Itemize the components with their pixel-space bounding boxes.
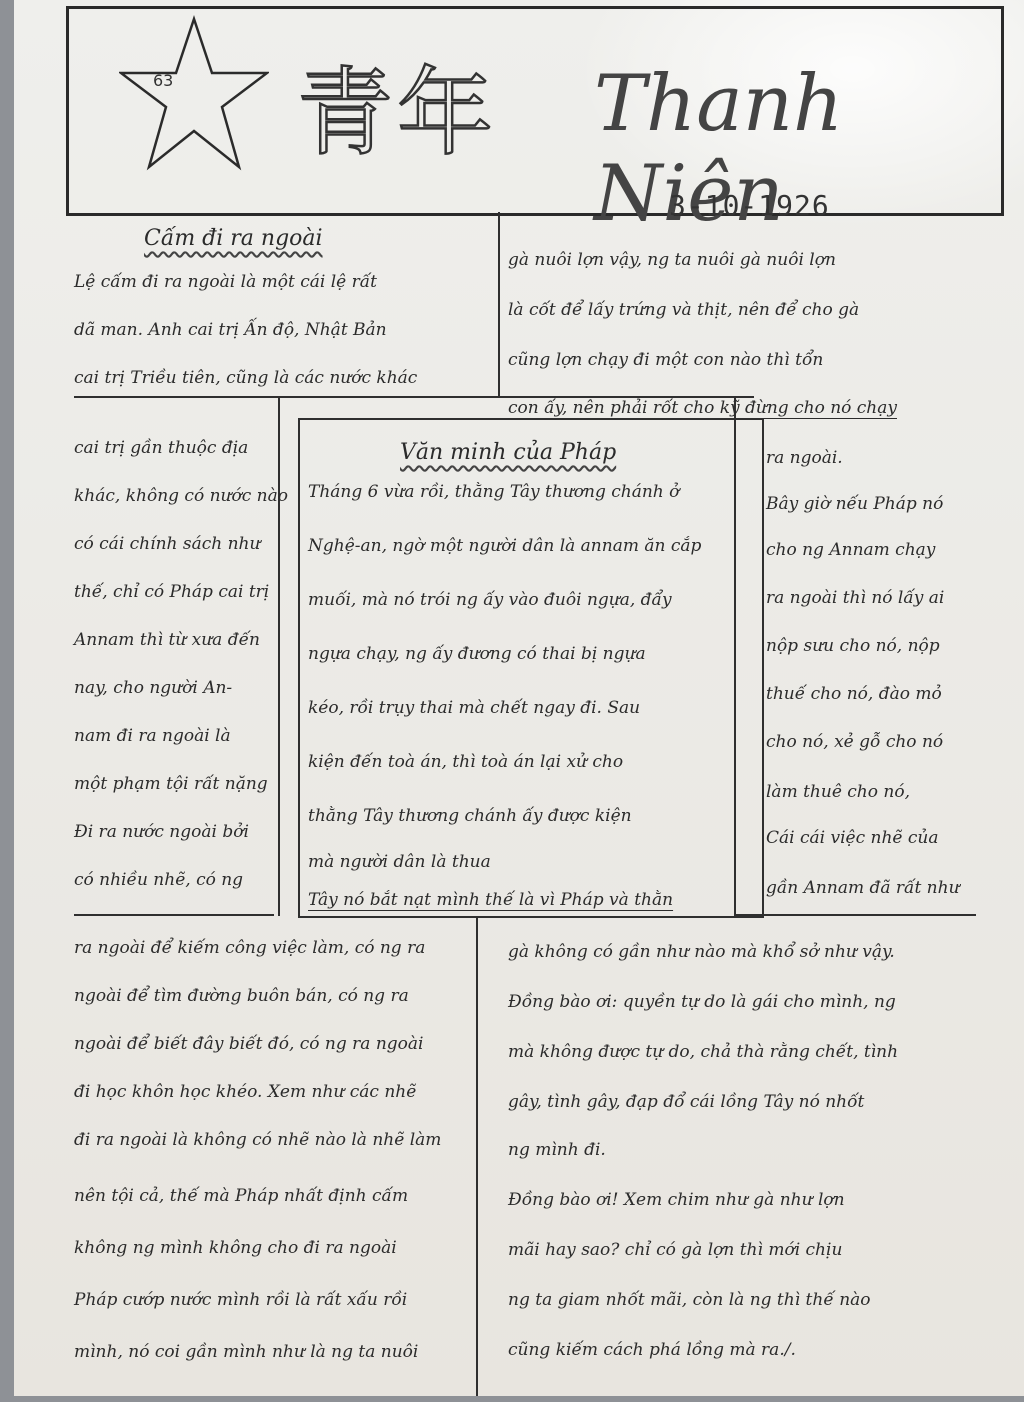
- text-line: thế, chỉ có Pháp cai trị: [74, 582, 269, 602]
- text-line: có nhiều nhẽ, có ng: [74, 870, 243, 890]
- text-line: khác, không có nước nào: [74, 486, 288, 506]
- text-line: một phạm tội rất nặng: [74, 774, 268, 794]
- text-line: ng ta giam nhốt mãi, còn là ng thì thế n…: [508, 1290, 871, 1310]
- text-line: cho ng Annam chạy: [766, 540, 935, 560]
- text-line: mãi hay sao? chỉ có gà lợn thì mới chịu: [508, 1240, 842, 1260]
- text-line: Đi ra nước ngoài bởi: [74, 822, 249, 842]
- text-line: kéo, rồi trụy thai mà chết ngay đi. Sau: [308, 698, 640, 718]
- text-line: Annam thì từ xưa đến: [74, 630, 260, 650]
- text-line: Bây giờ nếu Pháp nó: [766, 494, 943, 514]
- text-line: mình, nó coi gần mình như là ng ta nuôi: [74, 1342, 418, 1362]
- text-line: Đồng bào ơi! Xem chim như gà như lợn: [508, 1190, 845, 1210]
- text-line: muối, mà nó trói ng ấy vào đuôi ngựa, đẩ…: [308, 590, 672, 610]
- text-line: Lệ cấm đi ra ngoài là một cái lệ rất: [74, 272, 377, 292]
- article-heading-left: Cấm đi ra ngoài: [144, 226, 323, 251]
- text-line: ng mình đi.: [508, 1140, 606, 1160]
- text-line: Pháp cướp nước mình rồi là rất xấu rồi: [74, 1290, 407, 1310]
- issue-date: 3-10-1926: [669, 189, 830, 222]
- text-line: mà không được tự do, chả thà rằng chết, …: [508, 1042, 898, 1062]
- text-line: con ấy, nên phải rốt cho kỹ đừng cho nó …: [508, 398, 897, 418]
- star-number: 63: [153, 71, 173, 90]
- text-line: dã man. Anh cai trị Ấn độ, Nhật Bản: [74, 320, 387, 340]
- text-line: không ng mình không cho đi ra ngoài: [74, 1238, 397, 1258]
- text-line: nay, cho người An-: [74, 678, 232, 698]
- newspaper-page: 63 青年 Thanh Niên 3-10-1926 Cấm đi ra ngo…: [14, 0, 1024, 1396]
- text-line-underlined: Tây nó bắt nạt mình thế là vì Pháp và th…: [308, 890, 673, 910]
- text-line: nam đi ra ngoài là: [74, 726, 231, 746]
- text-line: có cái chính sách như: [74, 534, 260, 554]
- text-line: nên tội cả, thế mà Pháp nhất định cấm: [74, 1186, 408, 1206]
- text-line: Đồng bào ơi: quyền tự do là gái cho mình…: [508, 992, 896, 1012]
- text-line: Tháng 6 vừa rồi, thằng Tây thương chánh …: [308, 482, 679, 502]
- masthead-title-hanzi: 青年: [297, 37, 497, 174]
- text-line: ra ngoài thì nó lấy ai: [766, 588, 944, 608]
- text-line: cai trị Triều tiên, cũng là các nước khá…: [74, 368, 417, 388]
- text-line: ra ngoài.: [766, 448, 843, 468]
- text-line: làm thuê cho nó,: [766, 782, 910, 802]
- text-line: gần Annam đã rất như: [766, 878, 960, 898]
- text-line: ngựa chạy, ng ấy đương có thai bị ngựa: [308, 644, 646, 664]
- text-line: mà người dân là thua: [308, 852, 491, 872]
- text-line: ngoài để tìm đường buôn bán, có ng ra: [74, 986, 409, 1006]
- text-line: cho nó, xẻ gỗ cho nó: [766, 732, 943, 752]
- text-line: Cái cái việc nhẽ của: [766, 828, 938, 848]
- text-line: là cốt để lấy trứng và thịt, nên để cho …: [508, 300, 859, 320]
- text-line: ngoài để biết đây biết đó, có ng ra ngoà…: [74, 1034, 423, 1054]
- masthead: 63 青年 Thanh Niên 3-10-1926: [66, 6, 1004, 216]
- divider-left-bottom: [74, 914, 274, 916]
- boxed-article: Văn minh của Pháp Tháng 6 vừa rồi, thằng…: [298, 418, 764, 918]
- text-line: đi ra ngoài là không có nhẽ nào là nhẽ l…: [74, 1130, 441, 1150]
- text-line: ra ngoài để kiếm công việc làm, có ng ra: [74, 938, 425, 958]
- text-line: Nghệ-an, ngờ một người dân là annam ăn c…: [308, 536, 701, 556]
- text-line: cũng lợn chạy đi một con nào thì tổn: [508, 350, 823, 370]
- column-divider-left: [278, 396, 280, 916]
- text-line: cai trị gần thuộc địa: [74, 438, 248, 458]
- text-line: kiện đến toà án, thì toà án lại xử cho: [308, 752, 623, 772]
- text-line: gà không có gần như nào mà khổ sở như vậ…: [508, 942, 895, 962]
- article-heading-boxed: Văn minh của Pháp: [400, 440, 616, 465]
- divider-under-left-top: [74, 396, 500, 398]
- column-divider-top: [498, 212, 500, 398]
- text-line: nộp sưu cho nó, nộp: [766, 636, 940, 656]
- column-divider-bottom: [476, 916, 478, 1396]
- divider-right-bottom: [736, 914, 976, 916]
- text-line: thuế cho nó, đào mỏ: [766, 684, 942, 704]
- text-line: thằng Tây thương chánh ấy được kiện: [308, 806, 632, 826]
- text-line: cũng kiếm cách phá lồng mà ra./.: [508, 1340, 796, 1360]
- text-line: gây, tình gây, đạp đổ cái lồng Tây nó nh…: [508, 1092, 864, 1112]
- text-line: gà nuôi lợn vậy, ng ta nuôi gà nuôi lợn: [508, 250, 836, 270]
- text-line: đi học khôn học khéo. Xem như các nhẽ: [74, 1082, 416, 1102]
- star-icon: [119, 15, 269, 175]
